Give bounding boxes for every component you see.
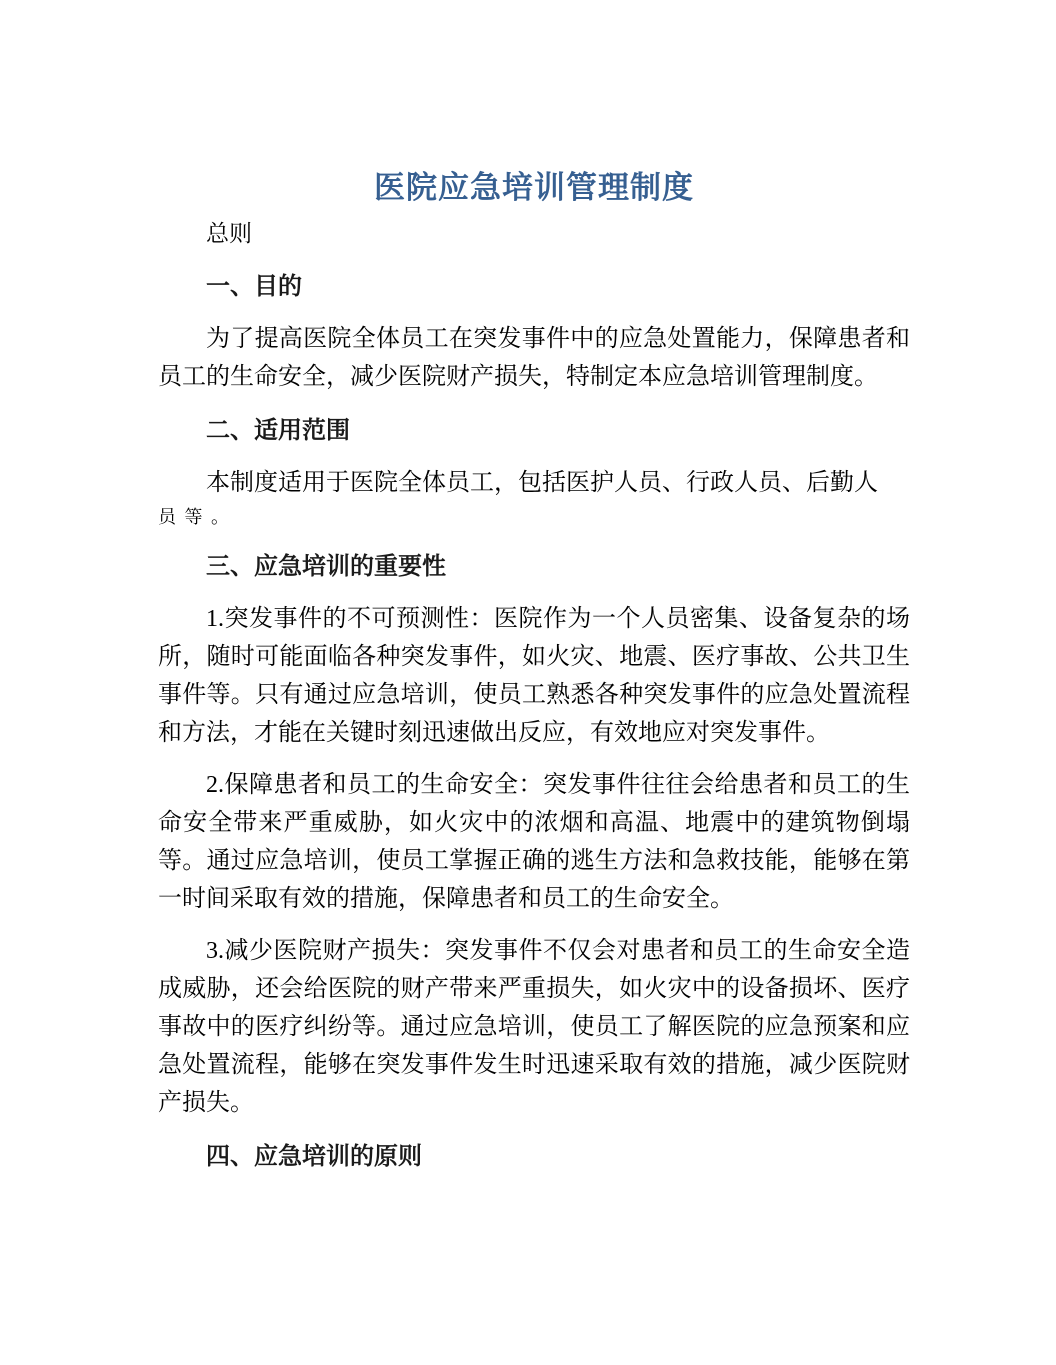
document-title: 医院应急培训管理制度	[158, 168, 910, 208]
preamble-text: 总则	[158, 216, 910, 252]
paragraph: 1.突发事件的不可预测性：医院作为一个人员密集、设备复杂的场所，随时可能面临各种…	[158, 600, 910, 752]
section-scope: 二、适用范围 本制度适用于医院全体员工，包括医护人员、行政人员、后勤人 员 等 …	[158, 412, 910, 532]
section-heading: 三、应急培训的重要性	[158, 548, 910, 586]
section-purpose: 一、目的 为了提高医院全体员工在突发事件中的应急处置能力，保障患者和员工的生命安…	[158, 268, 910, 396]
paragraph-continuation: 员 等 。	[158, 502, 910, 532]
paragraph: 3.减少医院财产损失：突发事件不仅会对患者和员工的生命安全造成威胁，还会给医院的…	[158, 932, 910, 1122]
section-heading: 二、适用范围	[158, 412, 910, 450]
paragraph: 本制度适用于医院全体员工，包括医护人员、行政人员、后勤人	[158, 464, 910, 502]
paragraph: 为了提高医院全体员工在突发事件中的应急处置能力，保障患者和员工的生命安全，减少医…	[158, 320, 910, 396]
section-principles: 四、应急培训的原则	[158, 1138, 910, 1176]
section-importance: 三、应急培训的重要性 1.突发事件的不可预测性：医院作为一个人员密集、设备复杂的…	[158, 548, 910, 1122]
paragraph: 2.保障患者和员工的生命安全：突发事件往往会给患者和员工的生命安全带来严重威胁，…	[158, 766, 910, 918]
document-page: 医院应急培训管理制度 总则 一、目的 为了提高医院全体员工在突发事件中的应急处置…	[0, 0, 1056, 1365]
section-heading: 一、目的	[158, 268, 910, 306]
section-heading: 四、应急培训的原则	[158, 1138, 910, 1176]
